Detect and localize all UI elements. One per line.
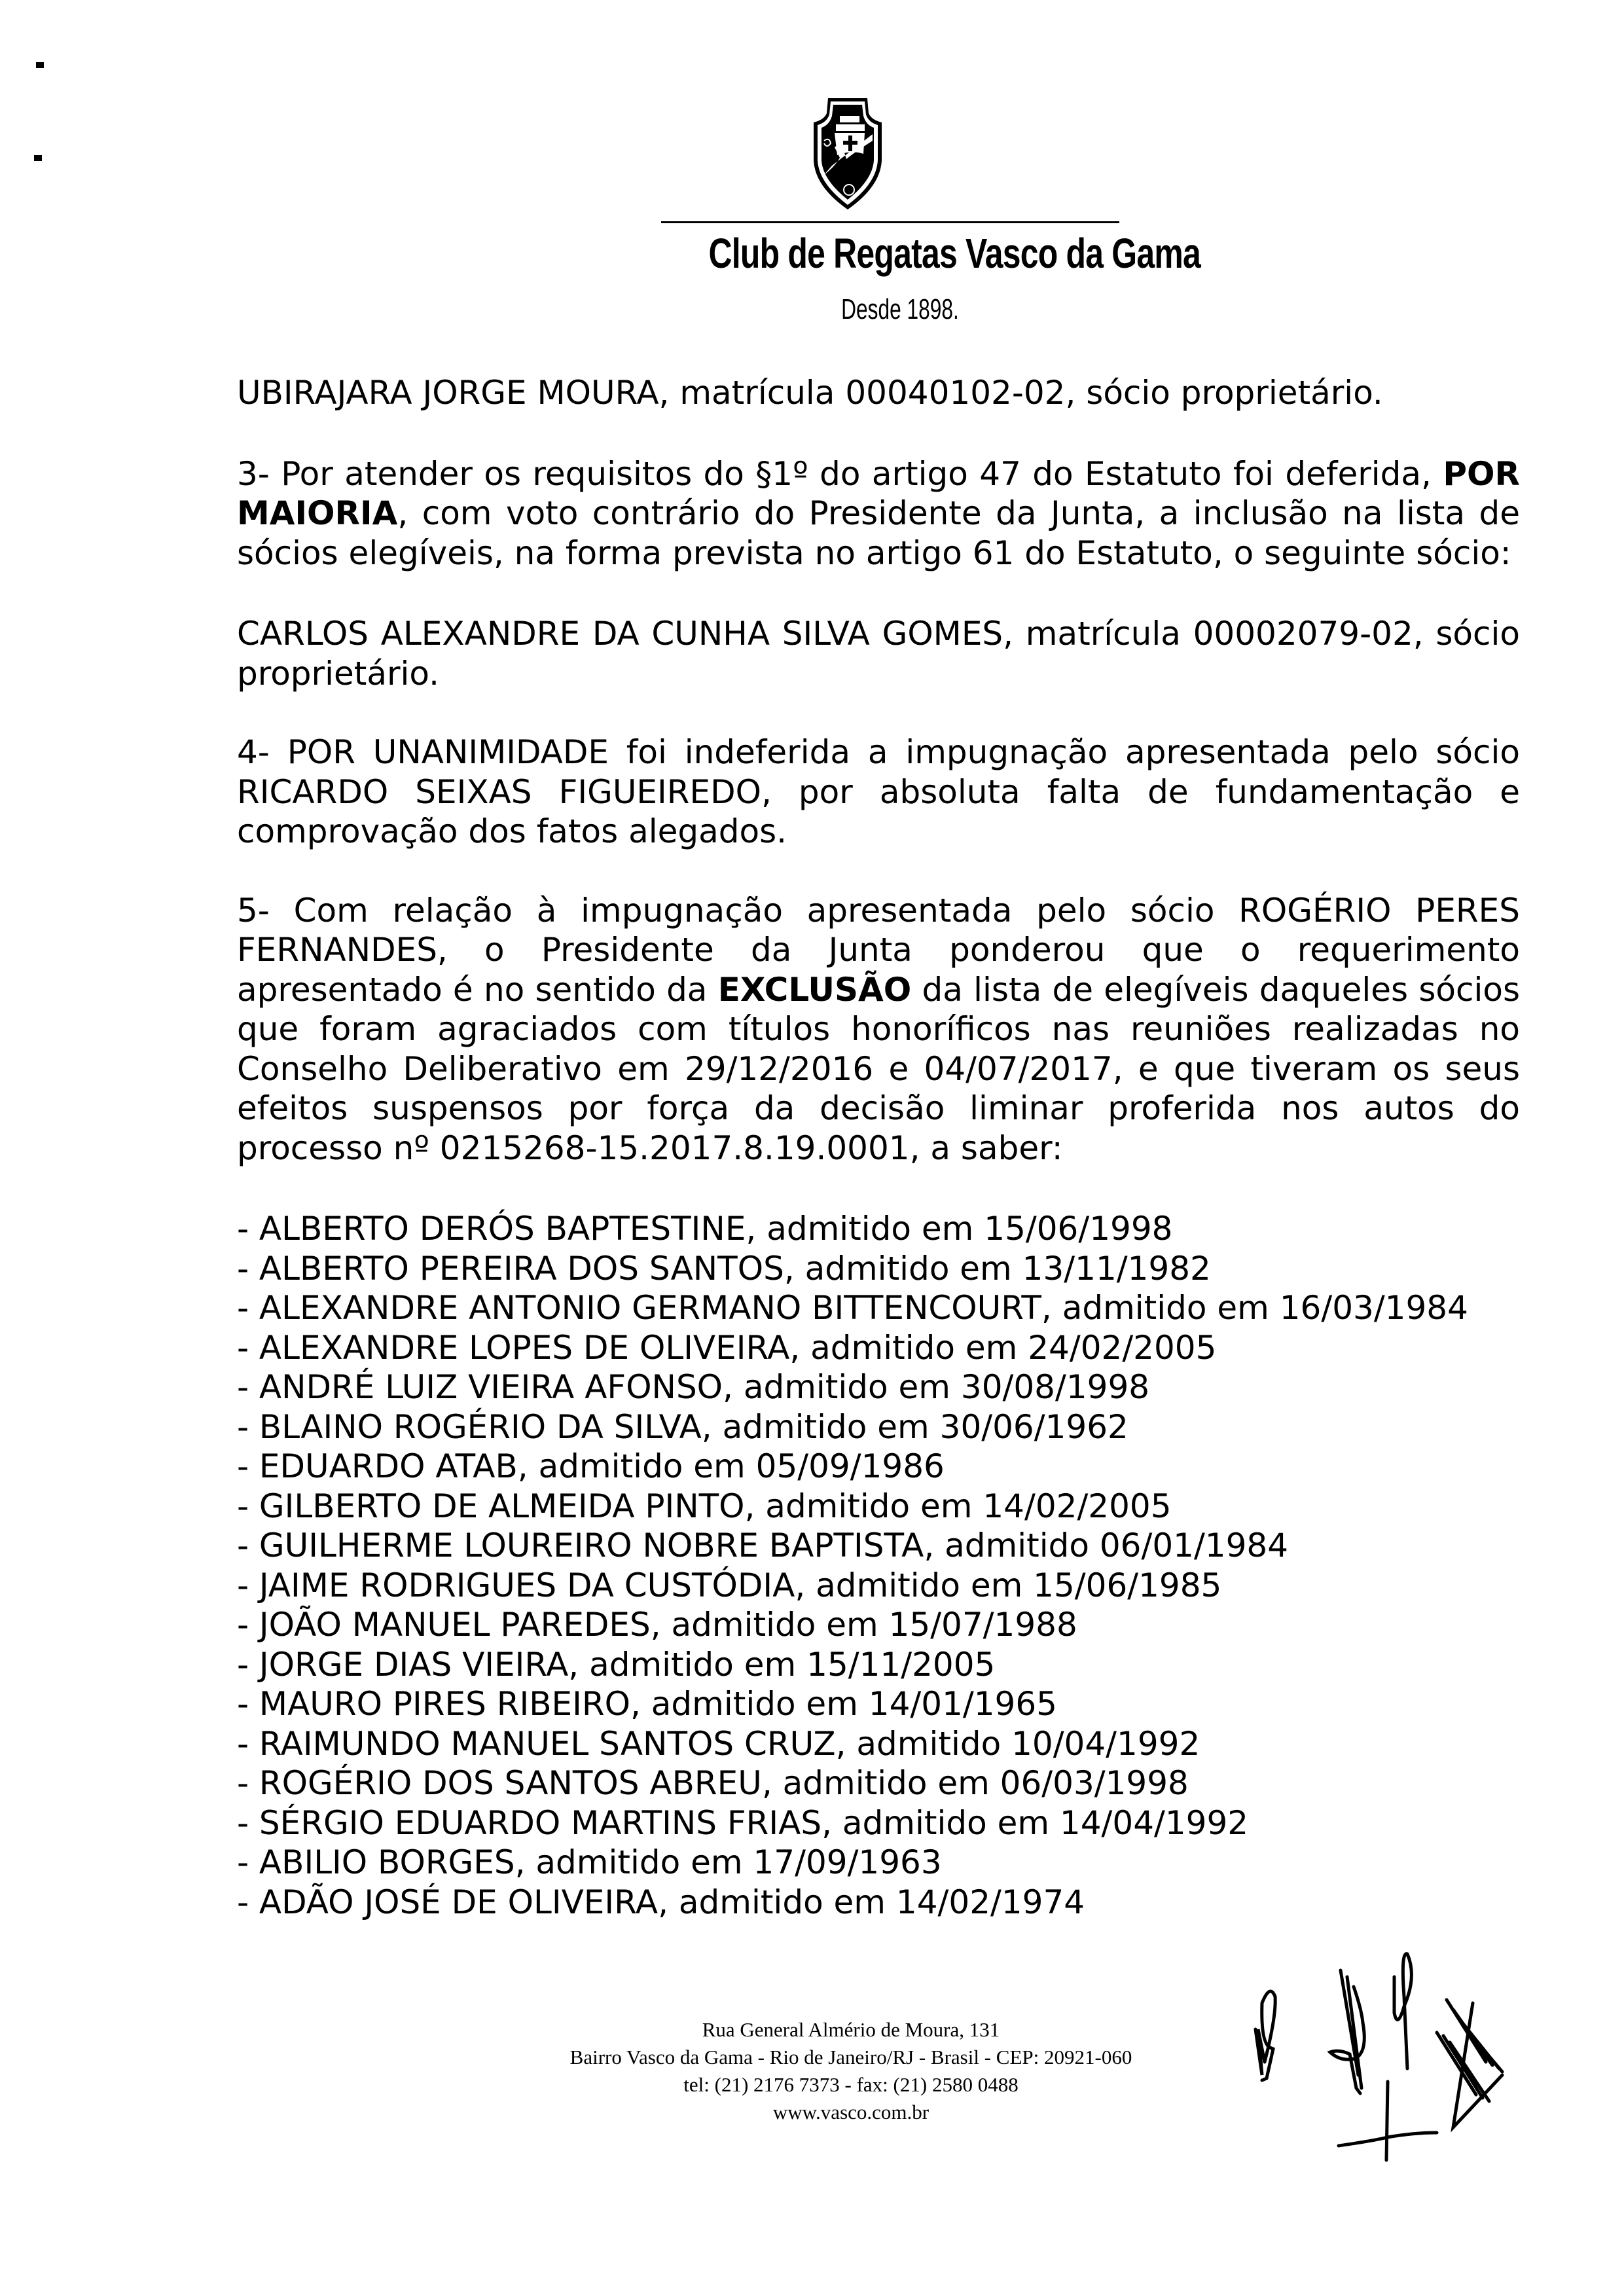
member-list-item: - MAURO PIRES RIBEIRO, admitido em 14/01… <box>237 1684 1520 1724</box>
member-list-item: - SÉRGIO EDUARDO MARTINS FRIAS, admitido… <box>237 1803 1520 1843</box>
member-list-item: - JAIME RODRIGUES DA CUSTÓDIA, admitido … <box>237 1566 1520 1606</box>
intro-line: UBIRAJARA JORGE MOURA, matrícula 0004010… <box>237 373 1520 413</box>
club-name: Club de Regatas Vasco da Gama <box>709 229 1092 278</box>
member-list-item: - ROGÉRIO DOS SANTOS ABREU, admitido em … <box>237 1763 1520 1803</box>
item-3: 3- Por atender os requisitos do §1º do a… <box>237 454 1520 573</box>
item-5-bold: EXCLUSÃO <box>718 971 912 1009</box>
letterhead-rule <box>661 221 1119 223</box>
member-list-item: - GILBERTO DE ALMEIDA PINTO, admitido em… <box>237 1487 1520 1527</box>
address-line-2: Bairro Vasco da Gama - Rio de Janeiro/RJ… <box>556 2044 1146 2071</box>
vasco-crest-icon <box>808 95 887 213</box>
item-5: 5- Com relação à impugnação apresentada … <box>237 891 1520 1168</box>
document-body: UBIRAJARA JORGE MOURA, matrícula 0004010… <box>237 373 1520 1922</box>
handwritten-initials-icon <box>1178 1938 1571 2199</box>
club-since: Desde 1898. <box>723 293 1077 326</box>
item-4: 4- POR UNANIMIDADE foi indeferida a impu… <box>237 732 1520 852</box>
member-list-item: - ABILIO BORGES, admitido em 17/09/1963 <box>237 1843 1520 1883</box>
member-list-item: - JOÃO MANUEL PAREDES, admitido em 15/07… <box>237 1605 1520 1645</box>
address-line-1: Rua General Almério de Moura, 131 <box>556 2016 1146 2044</box>
member-list-item: - ADÃO JOSÉ DE OLIVEIRA, admitido em 14/… <box>237 1883 1520 1923</box>
member-list-item: - ANDRÉ LUIZ VIEIRA AFONSO, admitido em … <box>237 1367 1520 1407</box>
member-list-item: - GUILHERME LOUREIRO NOBRE BAPTISTA, adm… <box>237 1526 1520 1566</box>
member-list-item: - EDUARDO ATAB, admitido em 05/09/1986 <box>237 1447 1520 1487</box>
member-list-item: - ALBERTO DERÓS BAPTESTINE, admitido em … <box>237 1209 1520 1249</box>
member-list-item: - BLAINO ROGÉRIO DA SILVA, admitido em 3… <box>237 1407 1520 1447</box>
scan-speck <box>34 155 42 161</box>
scan-speck <box>36 62 44 68</box>
item-3-member: CARLOS ALEXANDRE DA CUNHA SILVA GOMES, m… <box>237 614 1520 693</box>
letterhead-footer: Rua General Almério de Moura, 131 Bairro… <box>556 2016 1146 2126</box>
member-list-item: - RAIMUNDO MANUEL SANTOS CRUZ, admitido … <box>237 1724 1520 1764</box>
member-list-item: - ALEXANDRE LOPES DE OLIVEIRA, admitido … <box>237 1328 1520 1368</box>
phone-line: tel: (21) 2176 7373 - fax: (21) 2580 048… <box>556 2071 1146 2099</box>
member-list-item: - ALBERTO PEREIRA DOS SANTOS, admitido e… <box>237 1249 1520 1289</box>
website: www.vasco.com.br <box>556 2099 1146 2126</box>
members-list: - ALBERTO DERÓS BAPTESTINE, admitido em … <box>237 1209 1520 1922</box>
member-list-item: - JORGE DIAS VIEIRA, admitido em 15/11/2… <box>237 1645 1520 1685</box>
member-list-item: - ALEXANDRE ANTONIO GERMANO BITTENCOURT,… <box>237 1288 1520 1328</box>
